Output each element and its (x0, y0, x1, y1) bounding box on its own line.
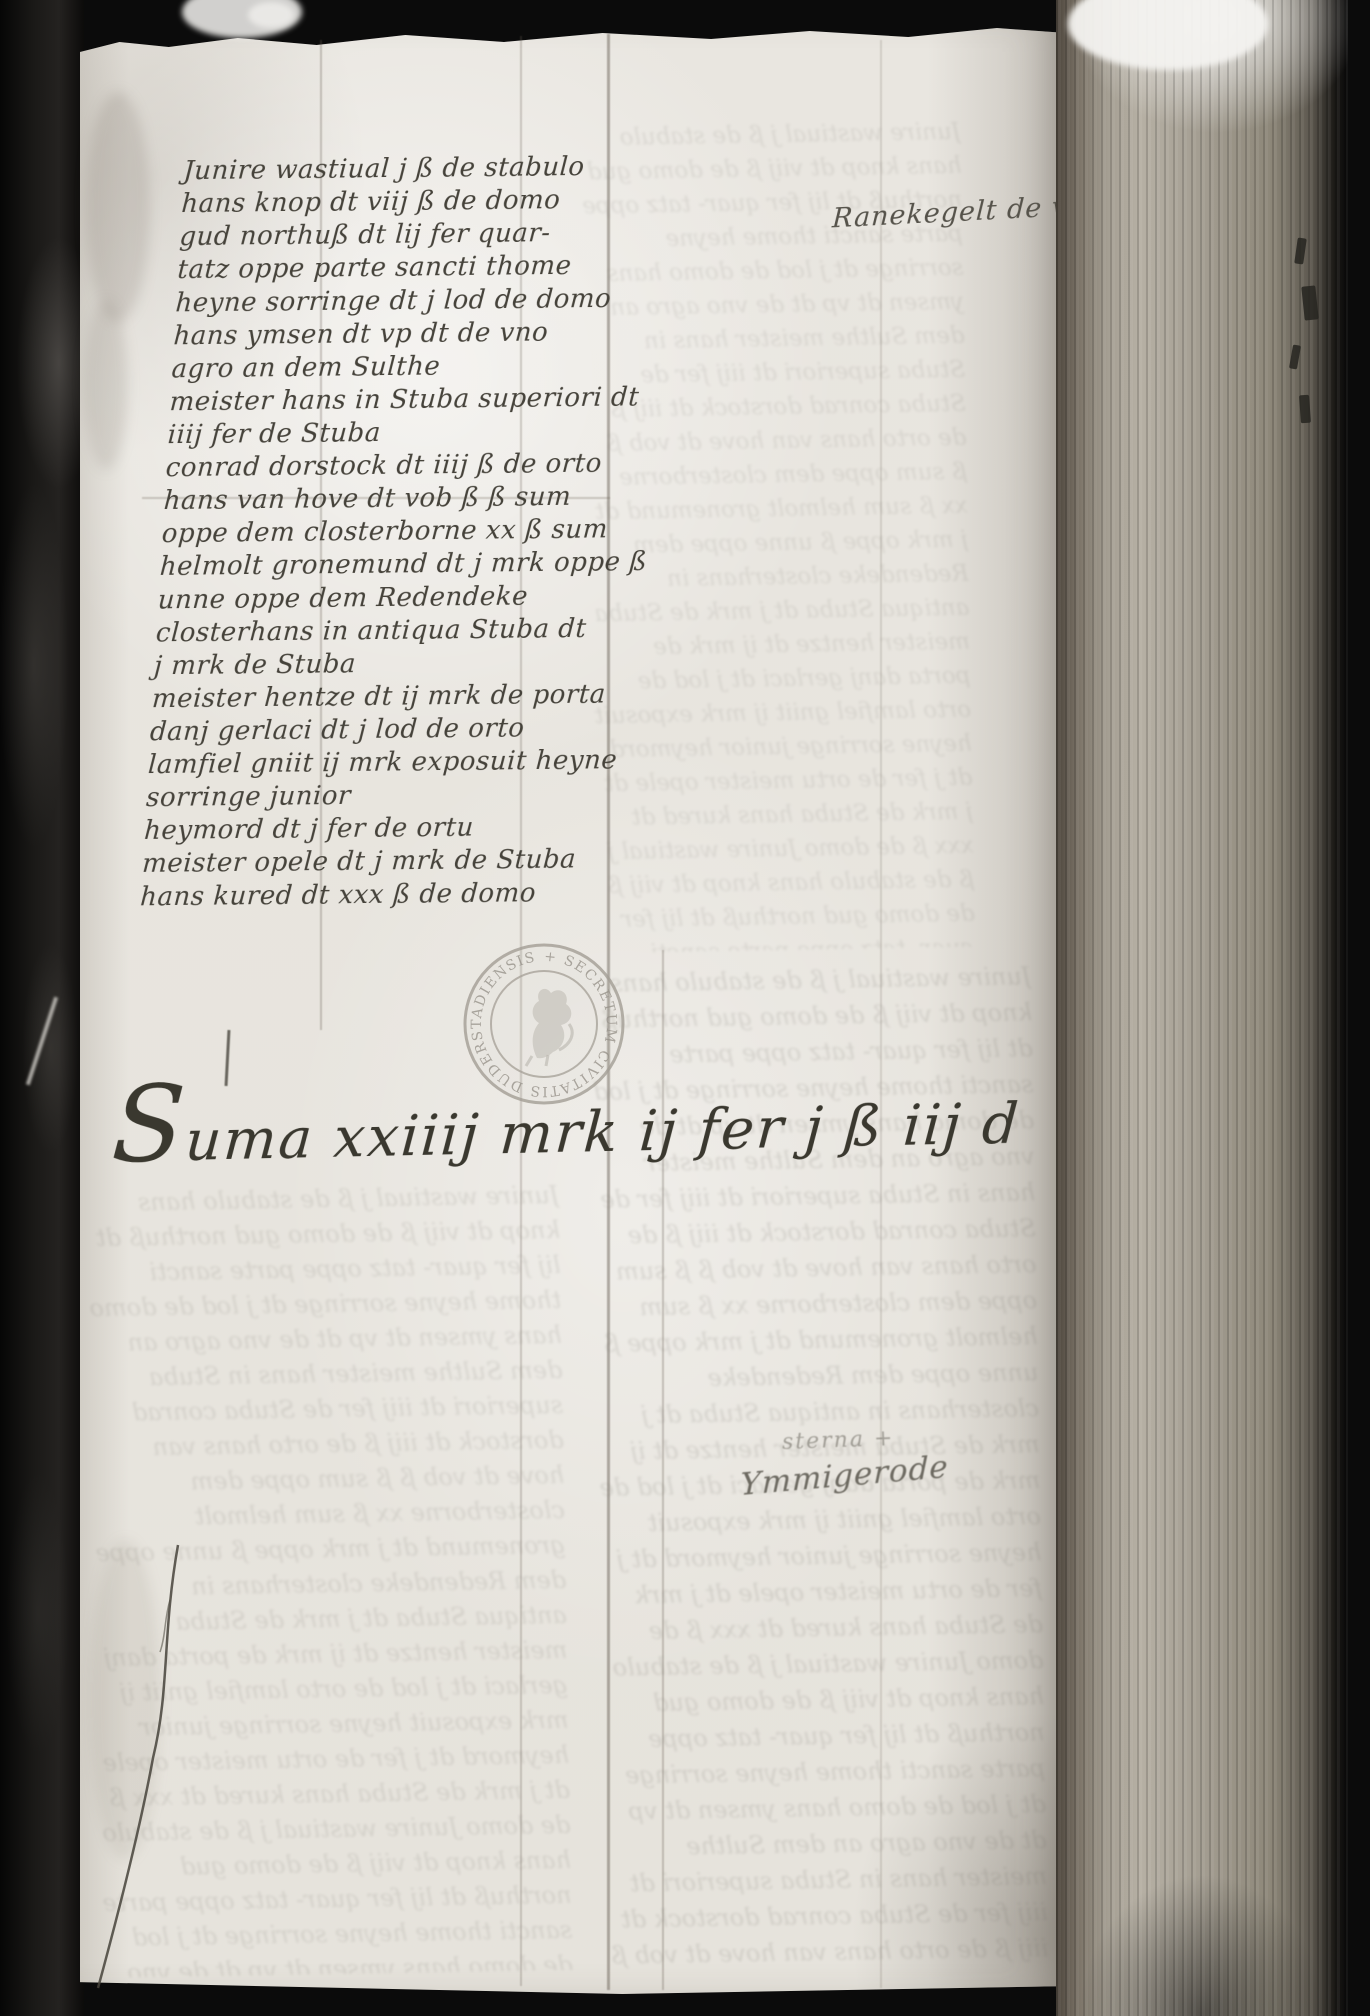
paper-stain (84, 300, 128, 470)
summa-total-line: Suma xxiiij mrk ij fer j ß iij d (109, 1081, 794, 1175)
manuscript-line: hans kured dt xxx ß de domo (139, 875, 741, 914)
top-edge-highlight (248, 2, 294, 28)
manuscript-scan: Junire wastiual j ß de stabulo hans knop… (0, 0, 1370, 2016)
main-text-block: Junire wastiual j ß de stabulohans knop … (139, 149, 785, 914)
paper-stain (86, 92, 150, 322)
bleedthrough-text-lower-left: Junire wastiual j ß de stabulo hans knop… (87, 1178, 573, 1978)
binding-stitch (1299, 395, 1311, 424)
margin-note-faint: sterna + (782, 1426, 895, 1455)
book-spine-edge (0, 0, 84, 2016)
